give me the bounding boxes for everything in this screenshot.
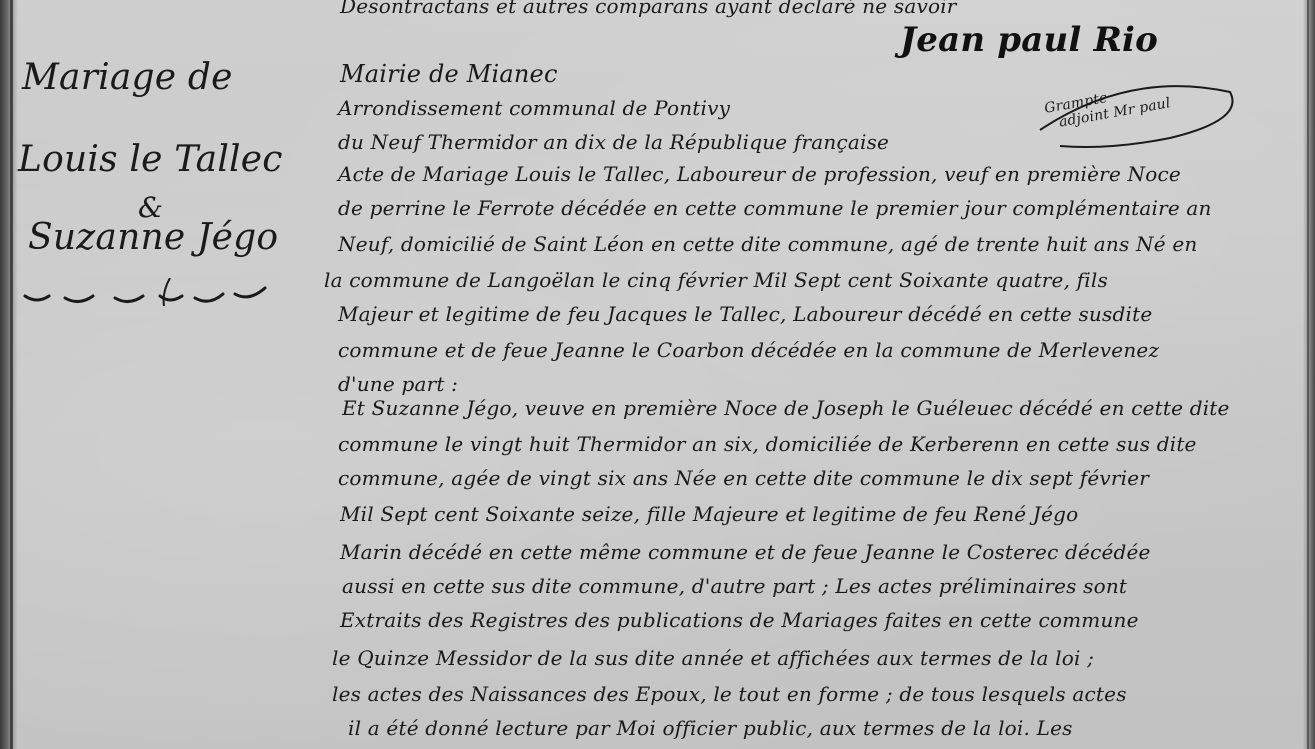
body-line-11: Mil Sept cent Soixante seize, fille Maje…	[340, 502, 1078, 526]
body-line-7: d'une part :	[338, 372, 458, 396]
body-line-4: la commune de Langoëlan le cinq février …	[324, 268, 1108, 292]
body-line-16: les actes des Naissances des Epoux, le t…	[332, 682, 1127, 706]
left-binding-edge	[0, 0, 18, 749]
margin-groom-name: Louis le Tallec	[18, 140, 283, 180]
body-line-14: Extraits des Registres des publications …	[340, 608, 1139, 632]
body-line-9: commune le vingt huit Thermidor an six, …	[338, 432, 1197, 456]
body-line-8: Et Suzanne Jégo, veuve en première Noce …	[342, 396, 1230, 420]
left-margin-rule	[10, 0, 13, 749]
body-line-12: Marin décédé en cette même commune et de…	[340, 540, 1151, 564]
body-line-3: Neuf, domicilié de Saint Léon en cette d…	[338, 232, 1197, 256]
mairie-heading: Mairie de Mianec	[340, 62, 558, 86]
margin-flourish-icon	[20, 278, 280, 308]
act-body: Mairie de Mianec Arrondissement communal…	[318, 0, 1308, 749]
body-line-15: le Quinze Messidor de la sus dite année …	[332, 646, 1094, 670]
body-line-5: Majeur et legitime de feu Jacques le Tal…	[338, 302, 1152, 326]
body-line-17: il a été donné lecture par Moi officier …	[348, 716, 1073, 740]
body-line-10: commune, agée de vingt six ans Née en ce…	[338, 466, 1149, 490]
body-line-6: commune et de feue Jeanne le Coarbon déc…	[338, 338, 1159, 362]
body-line-13: aussi en cette sus dite commune, d'autre…	[342, 574, 1127, 598]
register-page: Mariage de Louis le Tallec & Suzanne Jég…	[0, 0, 1315, 749]
margin-title: Mariage de	[22, 58, 233, 98]
date-line: du Neuf Thermidor an dix de la Républiqu…	[338, 130, 889, 154]
arrondissement-line: Arrondissement communal de Pontivy	[338, 96, 730, 120]
body-line-1: Acte de Mariage Louis le Tallec, Laboure…	[338, 162, 1181, 186]
body-line-2: de perrine le Ferrote décédée en cette c…	[338, 196, 1212, 220]
margin-bride-name: Suzanne Jégo	[28, 218, 278, 258]
